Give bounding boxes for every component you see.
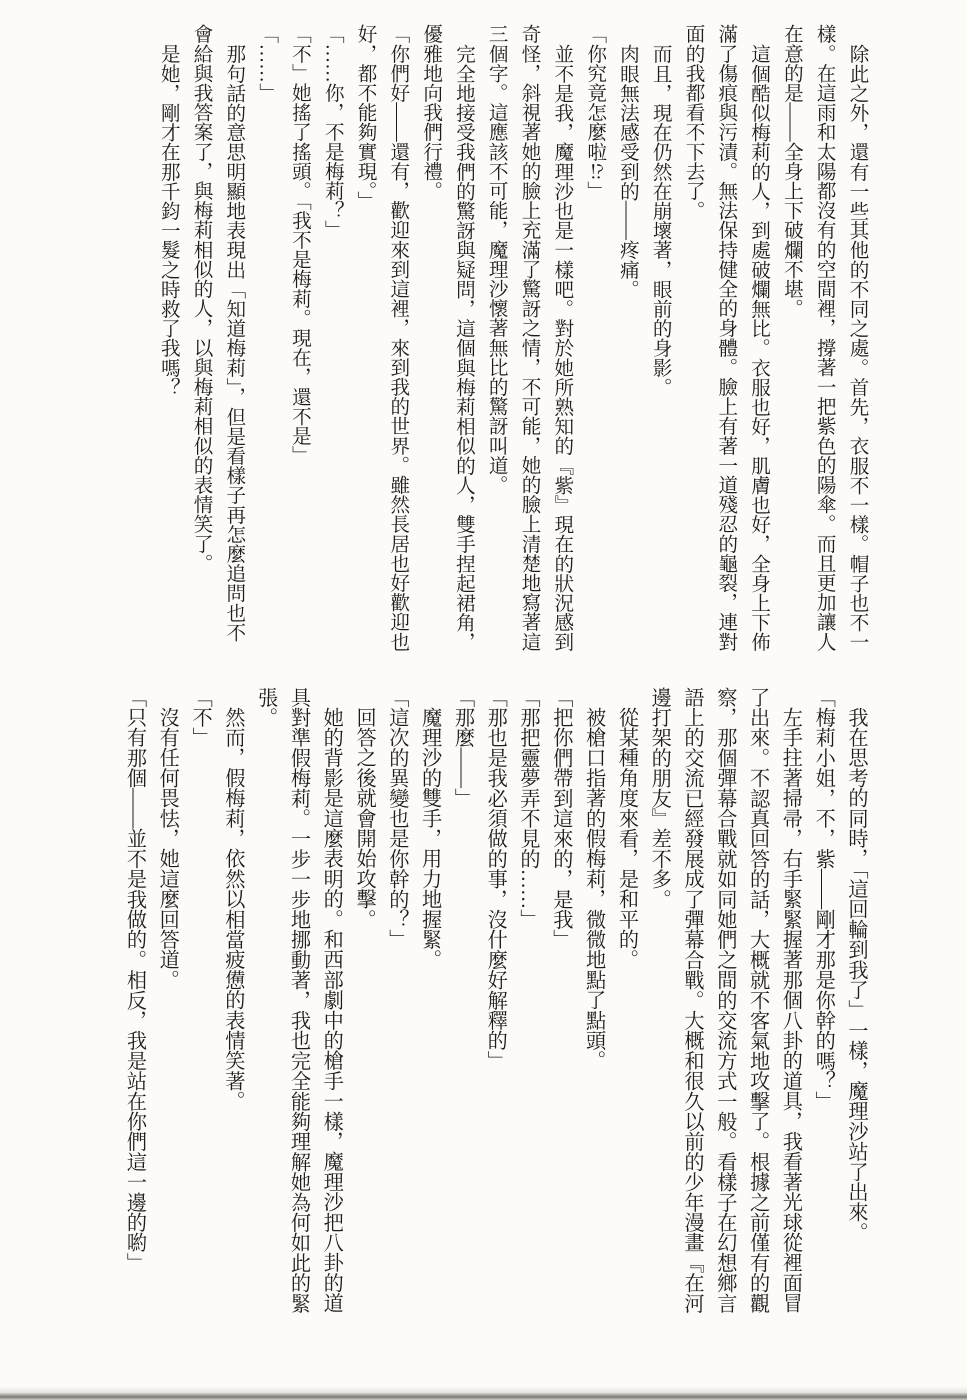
paragraph: 從某種角度來看，是和平的。 — [610, 687, 643, 1333]
paragraph: 「那也是我必須做的事，沒什麼好解釋的」 — [478, 687, 511, 1333]
paragraph: 魔理沙的雙手，用力地握緊。 — [413, 687, 446, 1333]
scan-edge-bottom — [0, 1386, 967, 1400]
paragraph: 「那把靈夢弄不見的……」 — [511, 687, 544, 1333]
paragraph: 「那麼——」 — [446, 687, 479, 1333]
paragraph: 除此之外，還有一些其他的不同之處。首先，衣服不一樣。帽子也不一樣。在這雨和太陽都… — [774, 24, 872, 656]
paragraph: 是她，剛才在那千鈞一髮之時救了我嗎？ — [150, 24, 183, 656]
paragraph: 完全地接受我們的驚訝與疑問，這個與梅莉相似的人，雙手捏起裙角，優雅地向我們行禮。 — [413, 24, 479, 656]
paragraph: 「不」 — [183, 687, 216, 1333]
top-text-block: 除此之外，還有一些其他的不同之處。首先，衣服不一樣。帽子也不一樣。在這雨和太陽都… — [150, 24, 872, 656]
paragraph: 左手拄著掃帚，右手緊緊握著那個八卦的道具，我看著光球從裡面冒了出來。不認真回答的… — [642, 687, 806, 1333]
paragraph: 「……」 — [249, 24, 282, 656]
paragraph: 而且，現在仍然在崩壞著，眼前的身影。 — [642, 24, 675, 656]
paragraph: 「……你，不是梅莉？」 — [314, 24, 347, 656]
paragraph: 我在思考的同時，「這回輪到我了」一樣，魔理沙站了出來。 — [839, 687, 872, 1333]
paragraph: 「梅莉小姐，不，紫——剛才那是你幹的嗎？」 — [806, 687, 839, 1333]
paragraph: 這個酷似梅莉的人，到處破爛無比。衣服也好，肌膚也好，全身上下佈滿了傷痕與污漬。無… — [675, 24, 773, 656]
paragraph: 「你們好——還有，歡迎來到這裡，來到我的世界。雖然長居也好歡迎也好，都不能夠實現… — [347, 24, 413, 656]
paragraph: 「你究竟怎麼啦⁉」 — [577, 24, 610, 656]
paragraph: 「這次的異變也是你幹的？」 — [380, 687, 413, 1333]
scanned-novel-page: 除此之外，還有一些其他的不同之處。首先，衣服不一樣。帽子也不一樣。在這雨和太陽都… — [0, 0, 967, 1400]
paragraph: 被槍口指著的假梅莉，微微地點了點頭。 — [577, 687, 610, 1333]
paragraph: 「不」她搖了搖頭。「我不是梅莉。現在，還不是」 — [282, 24, 315, 656]
paragraph: 沒有任何畏怯，她這麼回答道。 — [150, 687, 183, 1333]
paragraph: 她的背影是這麼表明的。和西部劇中的槍手一樣，魔理沙把八卦的道具對準假梅莉。一步一… — [249, 687, 347, 1333]
paragraph: 「把你們帶到這來的，是我」 — [544, 687, 577, 1333]
paragraph: 並不是我，魔理沙也是一樣吧。對於她所熟知的『紫』現在的狀況感到奇怪，斜視著她的臉… — [478, 24, 576, 656]
paragraph: 然而，假梅莉，依然以相當疲憊的表情笑著。 — [216, 687, 249, 1333]
paragraph: 那句話的意思明顯地表現出「知道梅莉」，但是看樣子再怎麼追問也不會給與我答案了，與… — [183, 24, 249, 656]
paragraph: 肉眼無法感受到的——疼痛。 — [610, 24, 643, 656]
paragraph: 「只有那個——並不是我做的。相反，我是站在你們這一邊的喲」 — [118, 687, 151, 1333]
paragraph: 回答之後就會開始攻擊。 — [347, 687, 380, 1333]
bottom-text-block: 我在思考的同時，「這回輪到我了」一樣，魔理沙站了出來。「梅莉小姐，不，紫——剛才… — [118, 687, 872, 1333]
